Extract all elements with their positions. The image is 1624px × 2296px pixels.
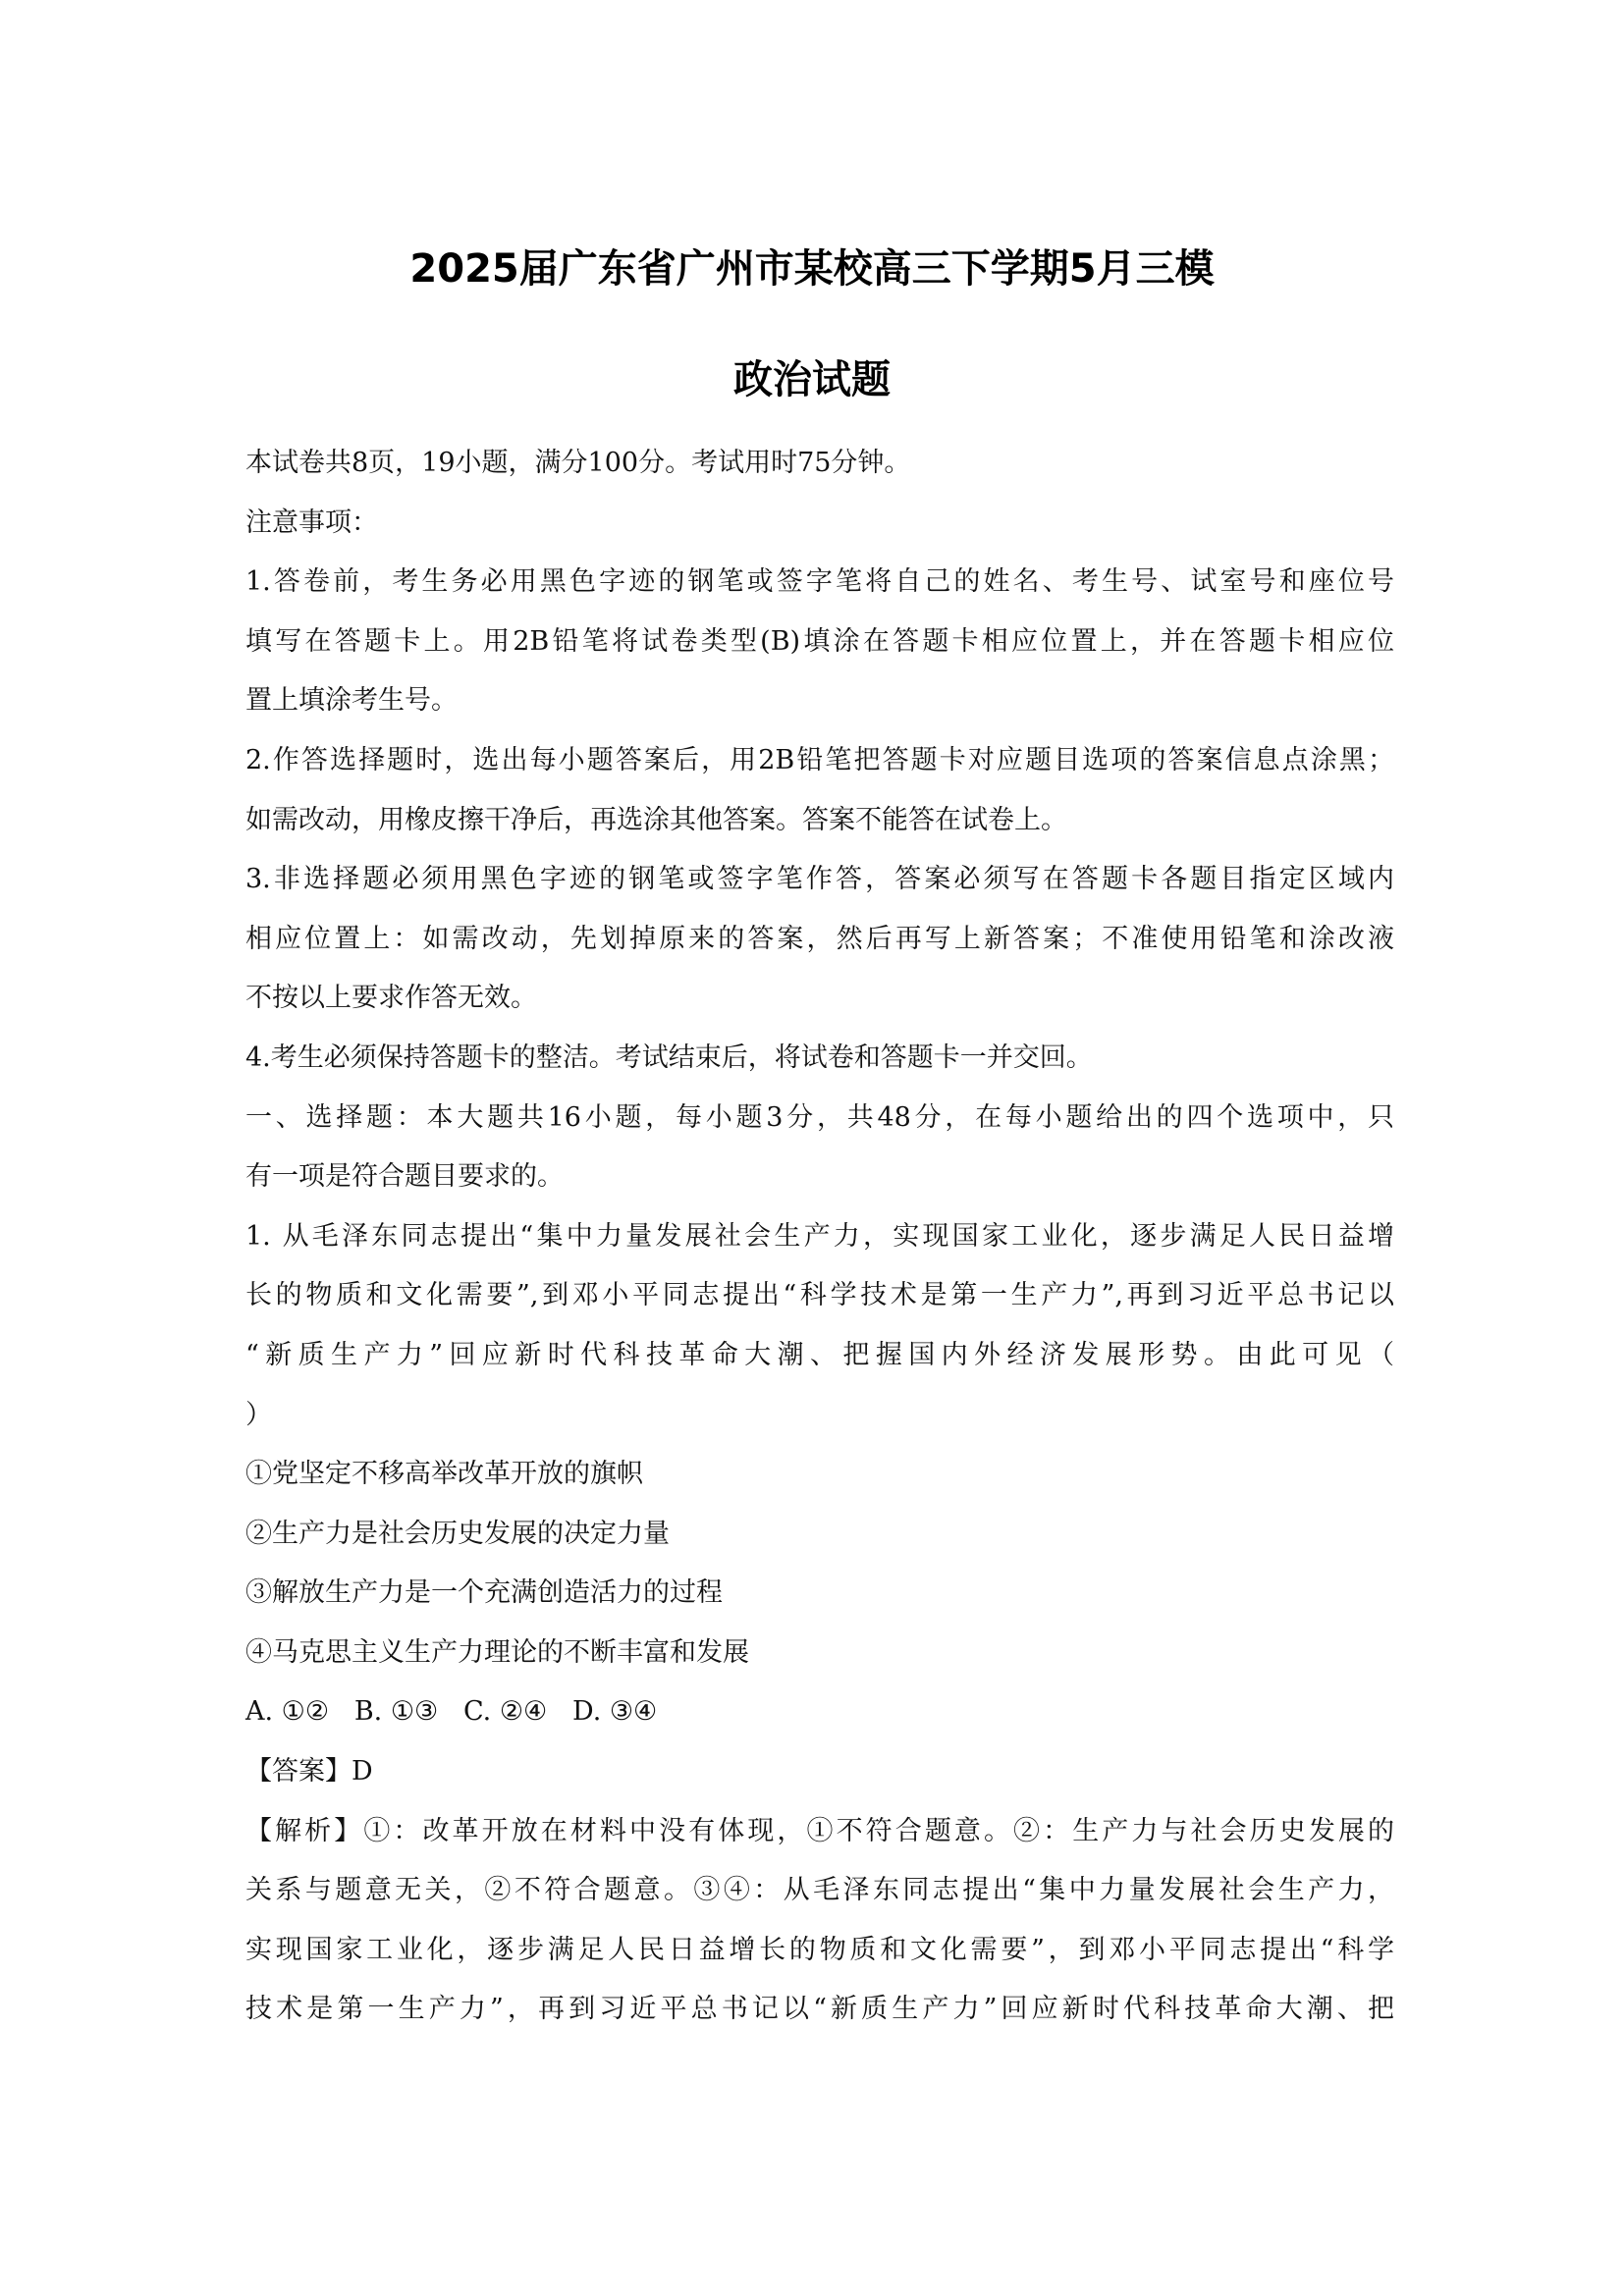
question-stem-line: ） xyxy=(245,1396,1394,1456)
notice-line: 不按以上要求作答无效。 xyxy=(245,979,1394,1039)
notice-item-2: 2.作答选择题时，选出每小题答案后，用2B铅笔把答题卡对应题目选项的答案信息点涂… xyxy=(245,741,1394,860)
notice-item-3: 3.非选择题必须用黑色字迹的钢笔或签字笔作答，答案必须写在答题卡各题目指定区域内… xyxy=(245,860,1394,1039)
notice-heading: 注意事项： xyxy=(245,504,1394,563)
notice-line: 3.非选择题必须用黑色字迹的钢笔或签字笔作答，答案必须写在答题卡各题目指定区域内 xyxy=(245,860,1394,920)
analysis-line: 实现国家工业化，逐步满足人民日益增长的物质和文化需要”，到邓小平同志提出“科学 xyxy=(245,1931,1394,1991)
section-one-heading: 一、选择题：本大题共16小题，每小题3分，共48分，在每小题给出的四个选项中，只… xyxy=(245,1098,1394,1217)
document-subtitle: 政治试题 xyxy=(0,348,1624,404)
answer-key: 【答案】D xyxy=(245,1752,1394,1812)
statement-4: ④马克思主义生产力理论的不断丰富和发展 xyxy=(245,1633,1394,1693)
question-stem-line: 1. 从毛泽东同志提出“集中力量发展社会生产力，实现国家工业化，逐步满足人民日益… xyxy=(245,1217,1394,1277)
statement-2: ②生产力是社会历史发展的决定力量 xyxy=(245,1515,1394,1575)
document-page: 2025届广东省广州市某校高三下学期5月三模 政治试题 本试卷共8页，19小题，… xyxy=(0,0,1624,2296)
statement-3: ③解放生产力是一个充满创造活力的过程 xyxy=(245,1574,1394,1633)
question-stem-line: 长的物质和文化需要”,到邓小平同志提出“科学技术是第一生产力”,再到习近平总书记… xyxy=(245,1276,1394,1336)
notice-line: 1.答卷前，考生务必用黑色字迹的钢笔或签字笔将自己的姓名、考生号、试室号和座位号 xyxy=(245,562,1394,622)
question-stem-line: “新质生产力”回应新时代科技革命大潮、把握国内外经济发展形势。由此可见（ xyxy=(245,1336,1394,1396)
analysis-line: 【解析】①：改革开放在材料中没有体现，①不符合题意。②：生产力与社会历史发展的 xyxy=(245,1812,1394,1872)
document-body: 本试卷共8页，19小题，满分100分。考试用时75分钟。 注意事项： 1.答卷前… xyxy=(245,444,1394,2050)
exam-intro: 本试卷共8页，19小题，满分100分。考试用时75分钟。 xyxy=(245,444,1394,504)
notice-line: 如需改动，用橡皮擦干净后，再选涂其他答案。答案不能答在试卷上。 xyxy=(245,801,1394,861)
notice-line: 4.考生必须保持答题卡的整洁。考试结束后，将试卷和答题卡一并交回。 xyxy=(245,1039,1394,1098)
notice-item-1: 1.答卷前，考生务必用黑色字迹的钢笔或签字笔将自己的姓名、考生号、试室号和座位号… xyxy=(245,562,1394,741)
notice-line: 相应位置上：如需改动，先划掉原来的答案，然后再写上新答案；不准使用铅笔和涂改液 xyxy=(245,920,1394,980)
section-line: 一、选择题：本大题共16小题，每小题3分，共48分，在每小题给出的四个选项中，只 xyxy=(245,1098,1394,1158)
notice-line: 置上填涂考生号。 xyxy=(245,681,1394,741)
analysis-line: 关系与题意无关，②不符合题意。③④：从毛泽东同志提出“集中力量发展社会生产力， xyxy=(245,1871,1394,1931)
question-1: 1. 从毛泽东同志提出“集中力量发展社会生产力，实现国家工业化，逐步满足人民日益… xyxy=(245,1217,1394,2050)
notice-item-4: 4.考生必须保持答题卡的整洁。考试结束后，将试卷和答题卡一并交回。 xyxy=(245,1039,1394,1098)
answer-options: A. ①② B. ①③ C. ②④ D. ③④ xyxy=(245,1692,1394,1752)
analysis-line: 技术是第一生产力”，再到习近平总书记以“新质生产力”回应新时代科技革命大潮、把 xyxy=(245,1990,1394,2050)
notice-line: 填写在答题卡上。用2B铅笔将试卷类型(B)填涂在答题卡相应位置上，并在答题卡相应… xyxy=(245,622,1394,682)
notice-line: 2.作答选择题时，选出每小题答案后，用2B铅笔把答题卡对应题目选项的答案信息点涂… xyxy=(245,741,1394,801)
section-line: 有一项是符合题目要求的。 xyxy=(245,1157,1394,1217)
statement-1: ①党坚定不移高举改革开放的旗帜 xyxy=(245,1455,1394,1515)
document-title: 2025届广东省广州市某校高三下学期5月三模 xyxy=(0,238,1624,294)
